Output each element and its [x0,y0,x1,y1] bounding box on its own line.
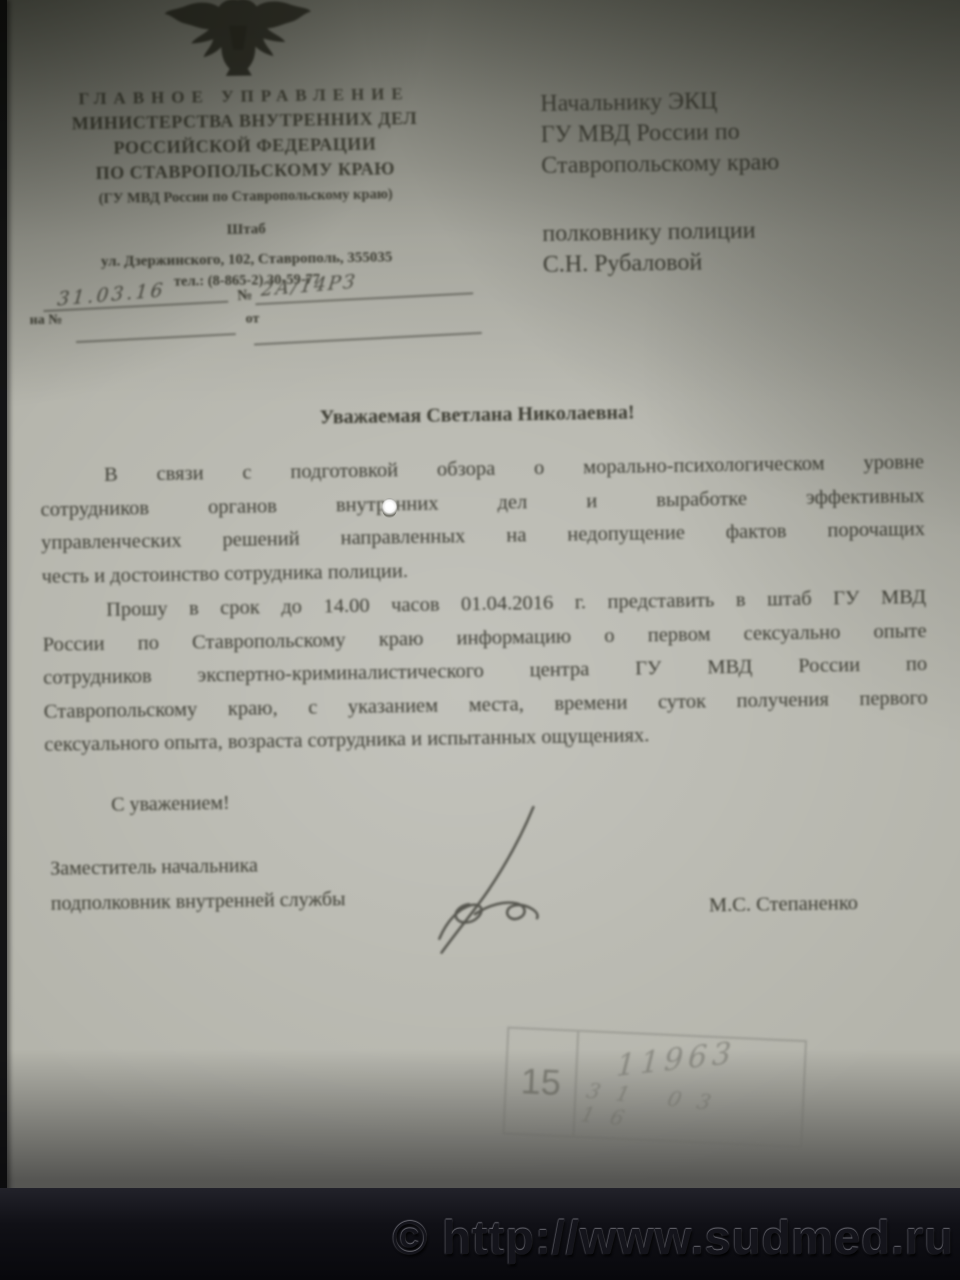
in-reply-label: на № [29,313,62,330]
org-unit: Штаб [28,218,464,242]
flash-reflection-dot [382,498,397,518]
paper-left-edge-shadow [0,0,7,1192]
stamp-box-number: 15 [505,1029,580,1136]
recipient-block: Начальнику ЭКЦ ГУ МВД России по Ставропо… [540,83,903,281]
org-short-name: (ГУ МВД России по Ставропольскому краю) [28,185,464,209]
org-address: ул. Дзержинского, 102, Ставрополь, 35503… [29,248,465,272]
stamp-date-handwritten: 31 03 16 [578,1079,806,1147]
paragraph-1: В связи с подготовкой обзора о морально-… [40,446,926,594]
signer-name: М.С. Степаненко [709,892,858,917]
recipient-gap [542,176,903,219]
stamp-registration-number-handwritten: 11963 [615,1035,737,1084]
letter-body: В связи с подготовкой обзора о морально-… [40,446,929,762]
signer-position-line: Заместитель начальника [50,847,345,887]
letter-page: ГЛАВНОЕ УПРАВЛЕНИЕ МИНИСТЕРСТВА ВНУТРЕНН… [0,0,960,1192]
signer-position-line: подполковник внутренней службы [51,882,346,922]
closing-phrase: С уважением! [111,792,230,817]
letter-content: ГЛАВНОЕ УПРАВЛЕНИЕ МИНИСТЕРСТВА ВНУТРЕНН… [0,0,960,1199]
salutation: Уважаемая Светлана Николаевна! [237,400,717,431]
paragraph-2: Прошу в срок до 14.00 часов 01.04.2016 г… [42,581,929,762]
from-blank-line [254,332,482,346]
recipient-name: С.Н. Рубаловой [543,244,903,281]
site-watermark: © http://www.sudmed.ru [393,1210,954,1265]
requisites-block: 31.03.16 № 2А/14РЗ на № от [29,276,466,353]
letterhead: ГЛАВНОЕ УПРАВЛЕНИЕ МИНИСТЕРСТВА ВНУТРЕНН… [26,80,465,293]
registration-stamp: 15 11963 31 03 16 [502,1027,807,1148]
number-sign-label: № [237,287,253,305]
from-label: от [246,311,260,327]
document-photo: ГЛАВНОЕ УПРАВЛЕНИЕ МИНИСТЕРСТВА ВНУТРЕНН… [0,0,960,1280]
signer-position-block: Заместитель начальника подполковник внут… [50,847,346,922]
in-reply-blank-line [76,333,236,343]
signature-stroke [421,805,573,957]
double-headed-eagle-emblem-icon [163,0,314,81]
